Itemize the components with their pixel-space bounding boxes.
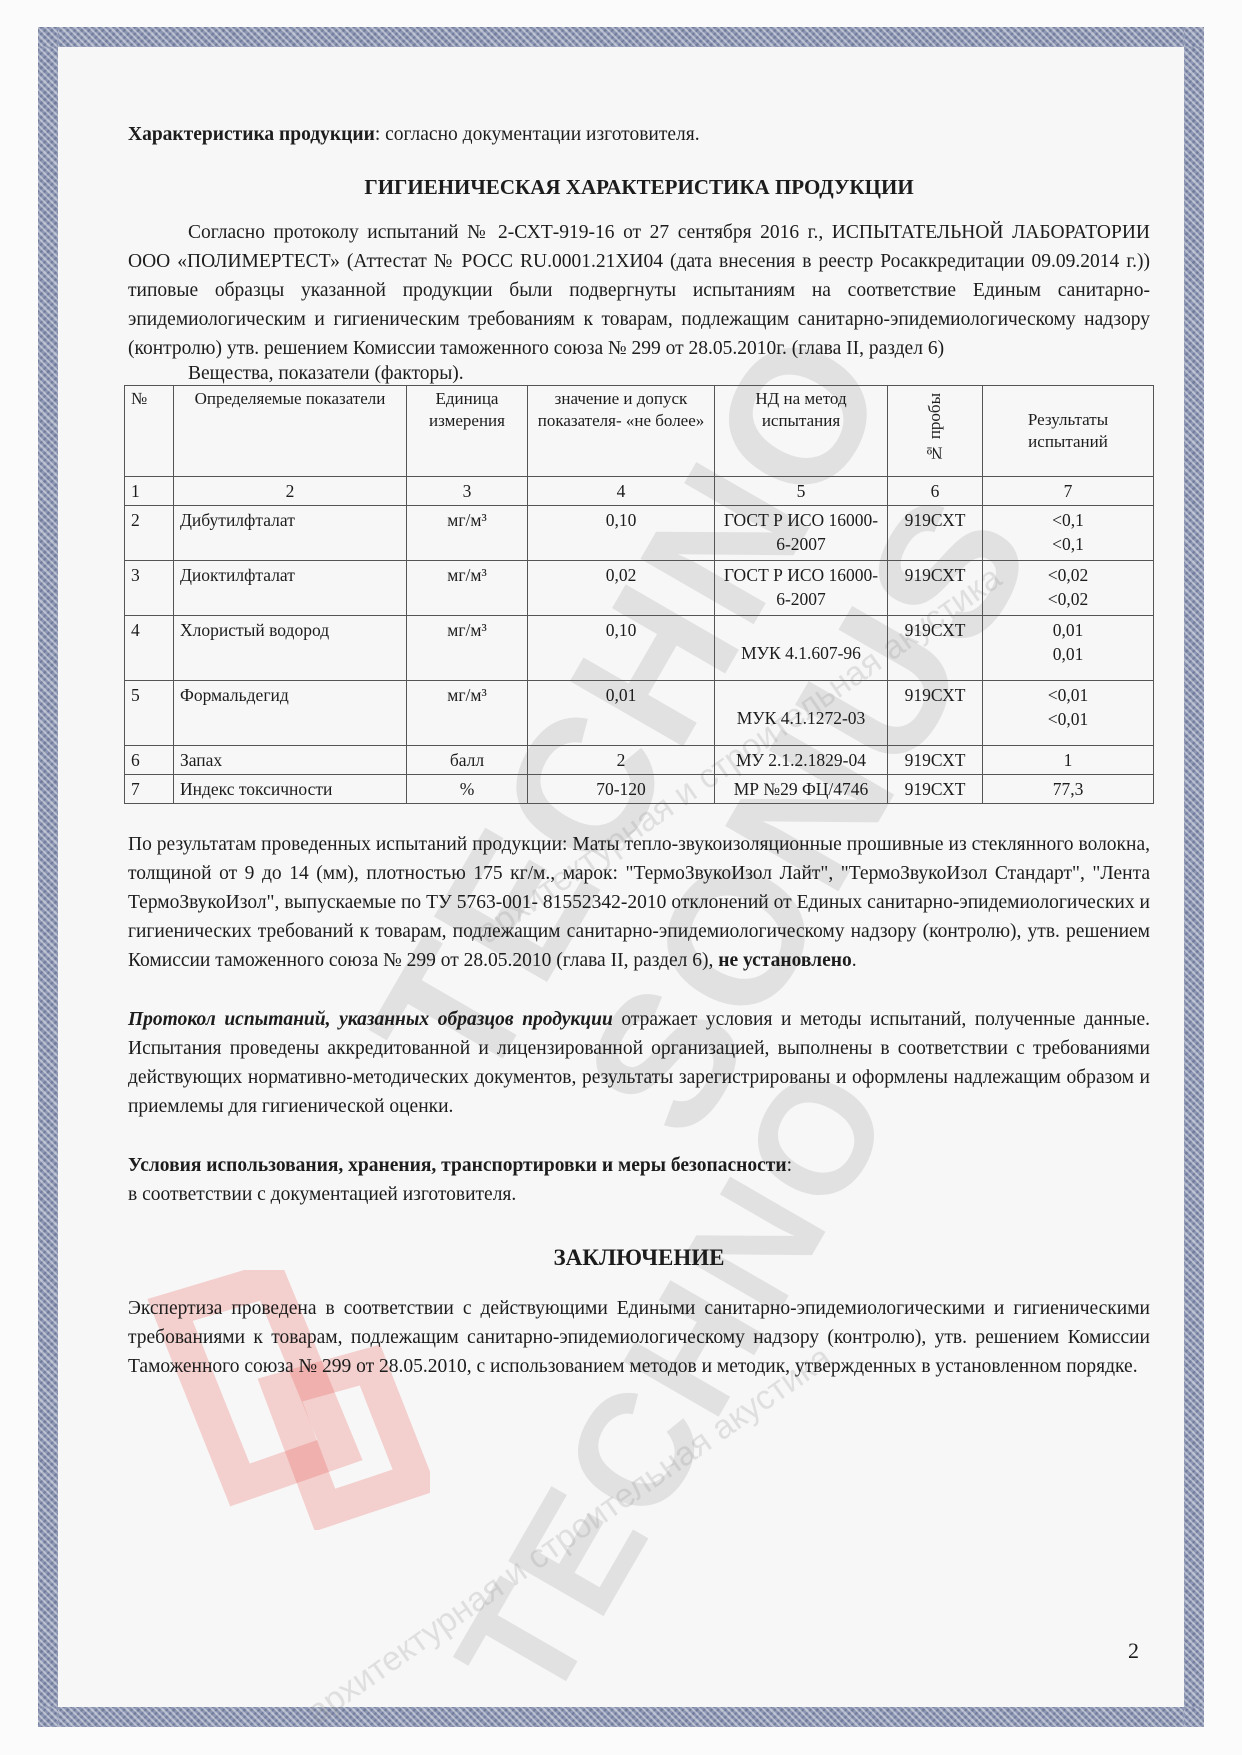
row-results: <0,01<0,01 xyxy=(983,681,1154,746)
row-indicator: Запах xyxy=(174,746,407,775)
row-probe: 919СХТ xyxy=(888,616,983,681)
row-method: МУК 4.1.1272-03 xyxy=(715,681,888,746)
row-no: 3 xyxy=(125,561,174,616)
product-characteristic-value: : согласно документации изготовителя. xyxy=(375,124,700,145)
result-value: 0,01 xyxy=(989,642,1147,666)
row-indicator: Дибутилфталат xyxy=(174,506,407,561)
row-no: 6 xyxy=(125,746,174,775)
product-characteristic-label: Характеристика продукции xyxy=(128,124,375,145)
result-value: <0,1 xyxy=(989,532,1147,556)
conditions: Условия использования, хранения, транспо… xyxy=(128,1151,1150,1209)
row-indicator: Формальдегид xyxy=(174,681,407,746)
row-limit: 0,10 xyxy=(528,616,715,681)
header-indicator: Определяемые показатели xyxy=(174,386,407,477)
row-probe: 919СХТ xyxy=(888,561,983,616)
row-unit: мг/м³ xyxy=(407,561,528,616)
row-unit: мг/м³ xyxy=(407,616,528,681)
table-row: 2Дибутилфталатмг/м³0,10ГОСТ Р ИСО 16000-… xyxy=(125,506,1154,561)
conclusion-text: Экспертиза проведена в соответствии с де… xyxy=(128,1294,1150,1381)
row-probe: 919СХТ xyxy=(888,775,983,804)
row-no: 2 xyxy=(125,506,174,561)
header-limit: значение и допуск показателя- «не более» xyxy=(528,386,715,477)
results-verdict: не установлено xyxy=(718,950,852,971)
column-number: 2 xyxy=(174,477,407,506)
results-table: № Определяемые показатели Единица измере… xyxy=(124,385,1154,804)
row-limit: 70-120 xyxy=(528,775,715,804)
row-unit: балл xyxy=(407,746,528,775)
results-end: . xyxy=(852,950,857,971)
table-row: 5Формальдегидмг/м³0,01МУК 4.1.1272-03919… xyxy=(125,681,1154,746)
header-probe: № пробы xyxy=(888,386,983,477)
row-results: 1 xyxy=(983,746,1154,775)
row-unit: мг/м³ xyxy=(407,506,528,561)
header-probe-text: № пробы xyxy=(924,393,946,462)
row-limit: 0,02 xyxy=(528,561,715,616)
document-body: Характеристика продукции: согласно докум… xyxy=(128,120,1150,1381)
row-indicator: Индекс токсичности xyxy=(174,775,407,804)
row-method: ГОСТ Р ИСО 16000-6-2007 xyxy=(715,506,888,561)
page-number: 2 xyxy=(1128,1638,1139,1664)
protocol-lead: Протокол испытаний, указанных образцов п… xyxy=(128,1009,613,1030)
column-number: 7 xyxy=(983,477,1154,506)
row-indicator: Диоктилфталат xyxy=(174,561,407,616)
row-method: МУ 2.1.2.1829-04 xyxy=(715,746,888,775)
conditions-label: Условия использования, хранения, транспо… xyxy=(128,1155,787,1176)
result-value: 77,3 xyxy=(989,777,1147,801)
column-number: 4 xyxy=(528,477,715,506)
table-row: 3Диоктилфталатмг/м³0,02ГОСТ Р ИСО 16000-… xyxy=(125,561,1154,616)
row-results: 77,3 xyxy=(983,775,1154,804)
product-characteristic: Характеристика продукции: согласно докум… xyxy=(128,120,1150,149)
header-no: № xyxy=(125,386,174,477)
table-row: 7Индекс токсичности%70-120МР №29 ФЦ/4746… xyxy=(125,775,1154,804)
row-unit: мг/м³ xyxy=(407,681,528,746)
row-probe: 919СХТ xyxy=(888,681,983,746)
header-unit: Единица измерения xyxy=(407,386,528,477)
row-results: <0,02<0,02 xyxy=(983,561,1154,616)
row-no: 4 xyxy=(125,616,174,681)
result-value: <0,01 xyxy=(989,707,1147,731)
result-value: <0,02 xyxy=(989,563,1147,587)
row-results: <0,1<0,1 xyxy=(983,506,1154,561)
result-value: <0,02 xyxy=(989,587,1147,611)
header-results: Результаты испытаний xyxy=(983,386,1154,477)
result-value: 0,01 xyxy=(989,618,1147,642)
row-no: 7 xyxy=(125,775,174,804)
conditions-colon: : xyxy=(787,1155,792,1176)
table-row: 6Запахбалл2МУ 2.1.2.1829-04919СХТ1 xyxy=(125,746,1154,775)
column-number: 6 xyxy=(888,477,983,506)
row-method: МУК 4.1.607-96 xyxy=(715,616,888,681)
column-number: 5 xyxy=(715,477,888,506)
row-limit: 0,10 xyxy=(528,506,715,561)
protocol-paragraph: Протокол испытаний, указанных образцов п… xyxy=(128,1005,1150,1121)
hygiene-paragraph: Согласно протоколу испытаний № 2-СХТ-919… xyxy=(128,218,1150,363)
column-number: 1 xyxy=(125,477,174,506)
result-value: 1 xyxy=(989,748,1147,772)
row-limit: 2 xyxy=(528,746,715,775)
row-results: 0,010,01 xyxy=(983,616,1154,681)
conclusion-title: ЗАКЛЮЧЕНИЕ xyxy=(128,1243,1150,1272)
result-value: <0,01 xyxy=(989,683,1147,707)
result-value: <0,1 xyxy=(989,508,1147,532)
column-number-row: 1234567 xyxy=(125,477,1154,506)
row-method: МР №29 ФЦ/4746 xyxy=(715,775,888,804)
row-unit: % xyxy=(407,775,528,804)
header-method: НД на метод испытания xyxy=(715,386,888,477)
table-header-row: № Определяемые показатели Единица измере… xyxy=(125,386,1154,477)
row-probe: 919СХТ xyxy=(888,746,983,775)
column-number: 3 xyxy=(407,477,528,506)
conditions-value: в соответствии с документацией изготовит… xyxy=(128,1184,516,1205)
results-paragraph: По результатам проведенных испытаний про… xyxy=(128,830,1150,975)
row-limit: 0,01 xyxy=(528,681,715,746)
table-row: 4Хлористый водородмг/м³0,10МУК 4.1.607-9… xyxy=(125,616,1154,681)
hygiene-title: ГИГИЕНИЧЕСКАЯ ХАРАКТЕРИСТИКА ПРОДУКЦИИ xyxy=(128,173,1150,202)
row-probe: 919СХТ xyxy=(888,506,983,561)
row-method: ГОСТ Р ИСО 16000-6-2007 xyxy=(715,561,888,616)
results-text: По результатам проведенных испытаний про… xyxy=(128,834,1150,971)
table-caption: Вещества, показатели (факторы). xyxy=(128,363,1150,385)
row-indicator: Хлористый водород xyxy=(174,616,407,681)
row-no: 5 xyxy=(125,681,174,746)
